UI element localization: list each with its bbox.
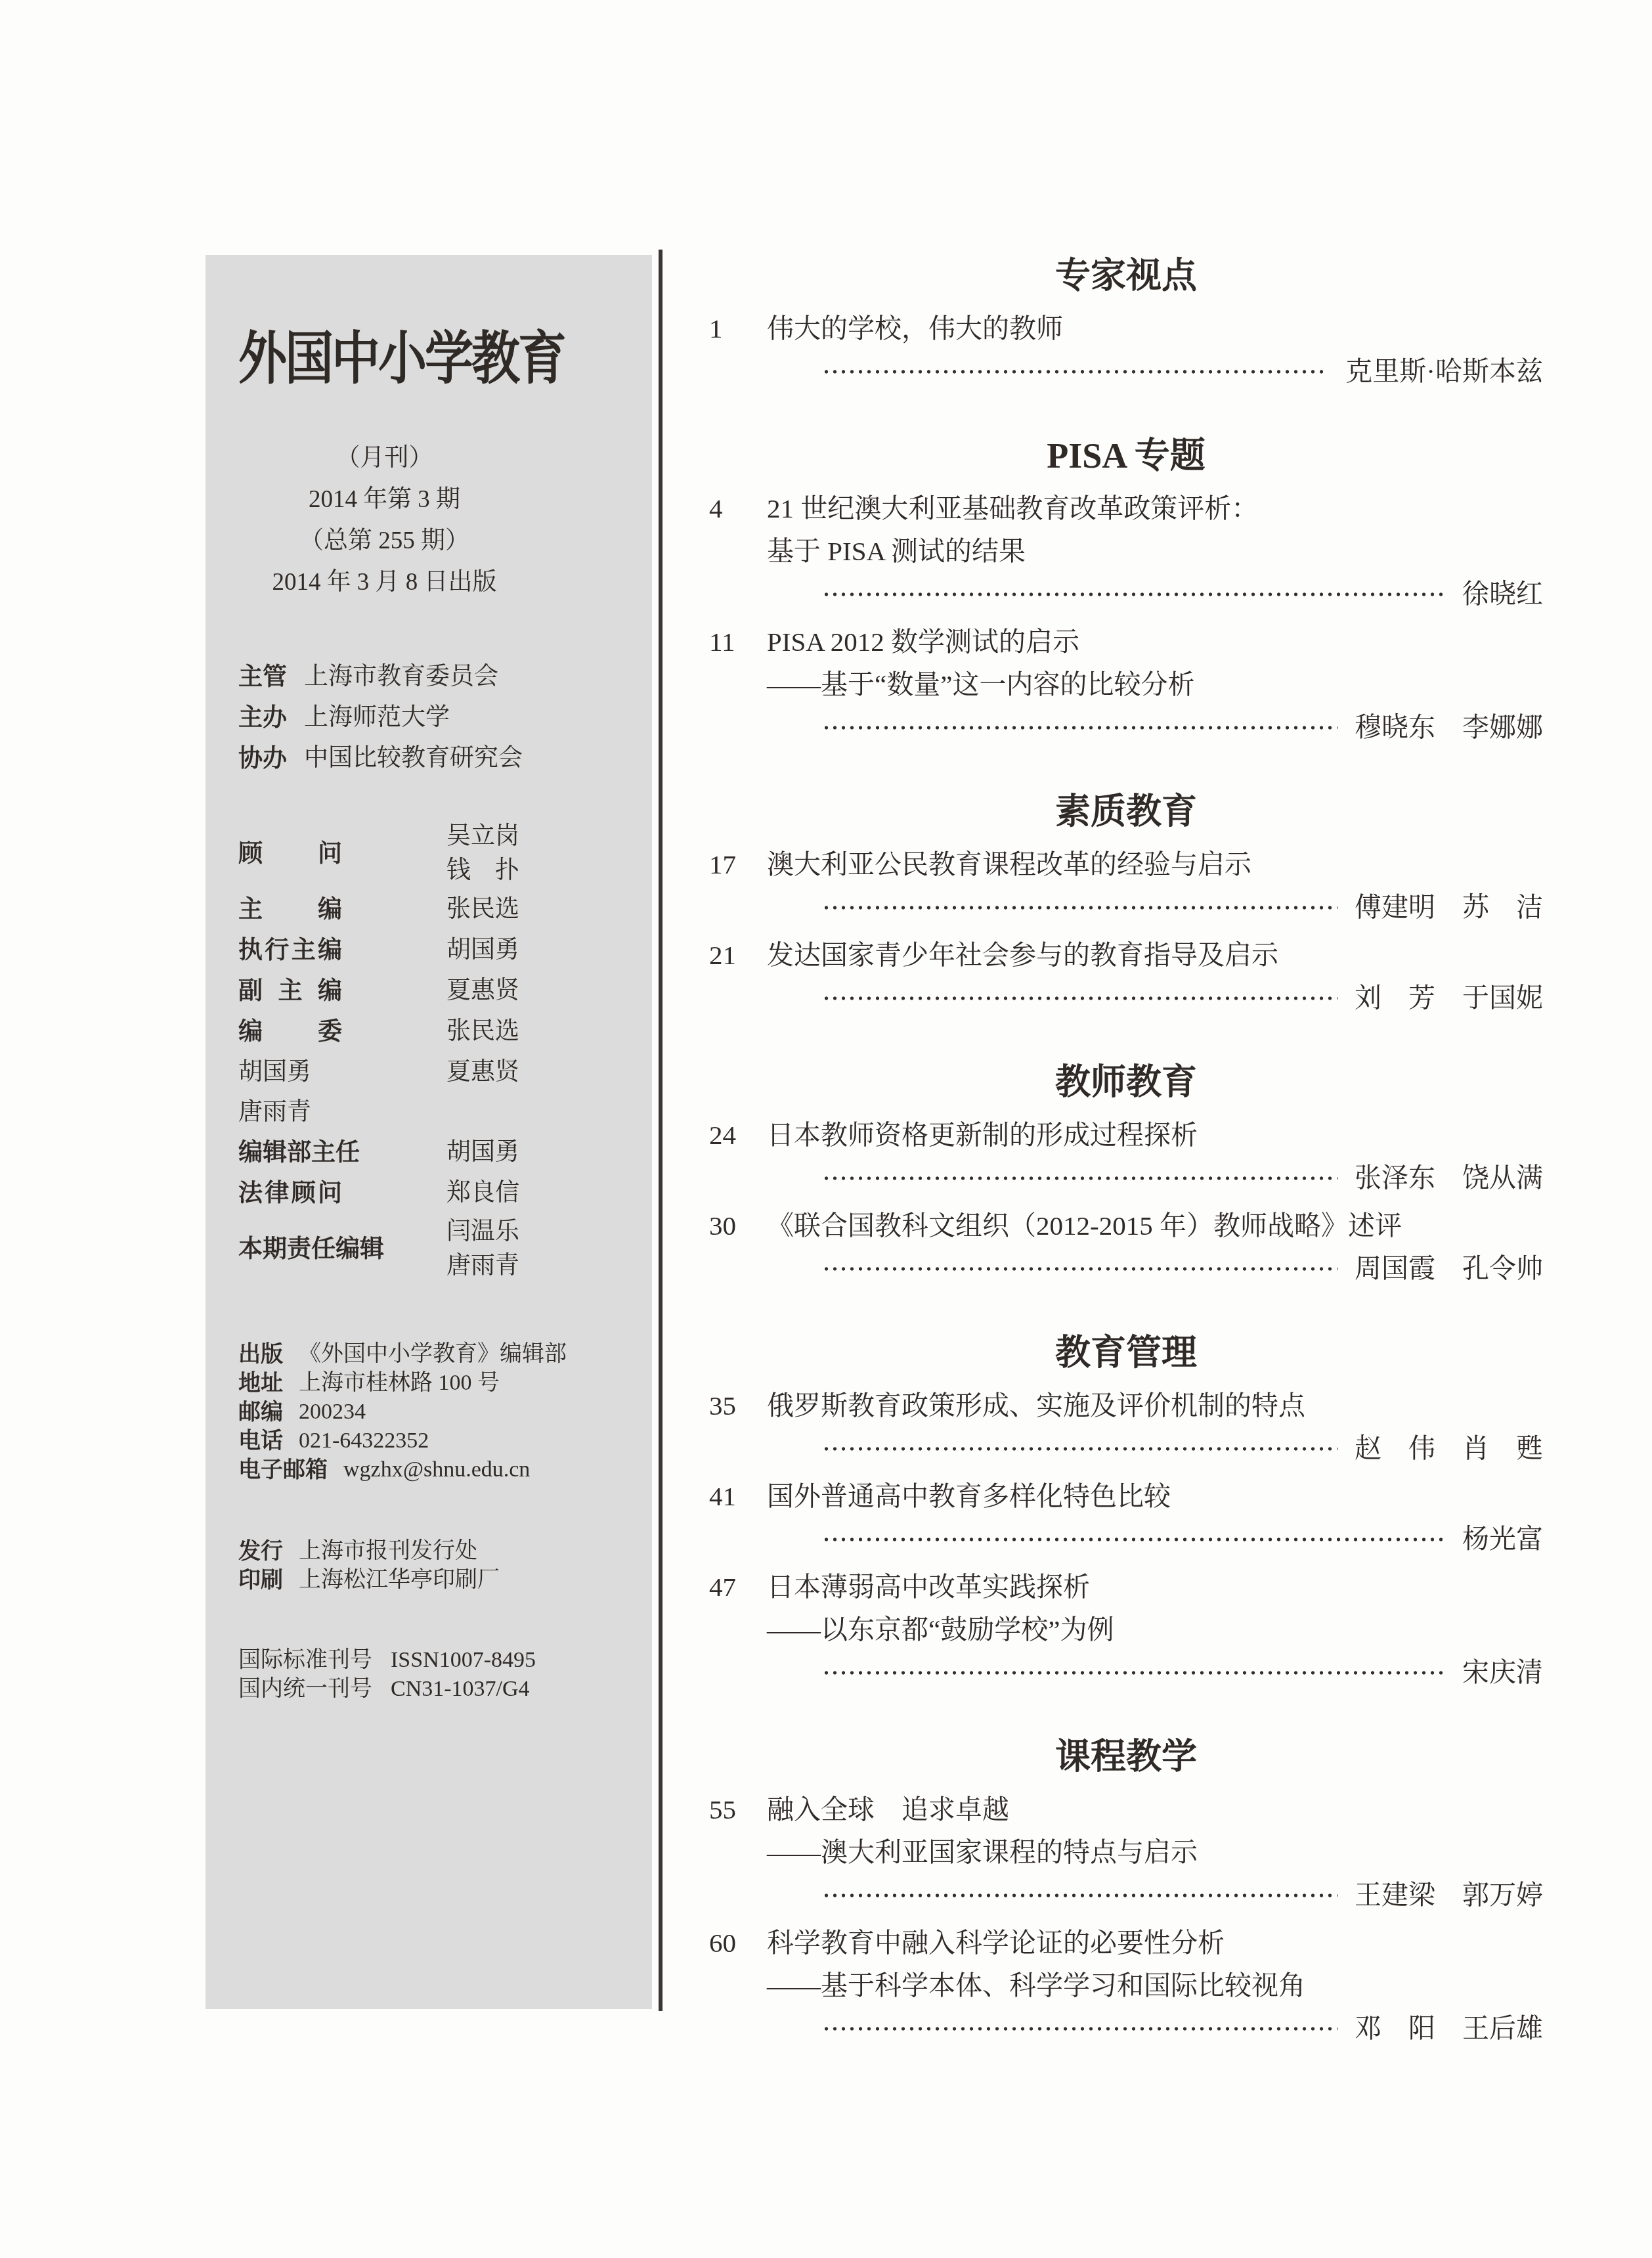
toc-entry-page-number: 1 [709, 307, 767, 350]
toc-entry-page-number: 30 [709, 1205, 767, 1247]
toc-leader-row: 张泽东 饶从满 [822, 1157, 1543, 1199]
roster-name: 吴立岗 [446, 820, 519, 854]
toc-entry-line: 11PISA 2012 数学测试的启示 [709, 621, 1543, 663]
roster-label: 顾问 [238, 835, 342, 872]
toc-leader-row: 赵 伟 肖 甦 [822, 1427, 1543, 1470]
toc-leader-row: 傅建明 苏 洁 [822, 886, 1543, 929]
toc-entry: 1伟大的学校，伟大的教师克里斯·哈斯本兹 [709, 307, 1543, 393]
roster-label: 主编 [238, 891, 342, 928]
toc-entry: 60科学教育中融入科学论证的必要性分析——基于科学本体、科学学习和国际比较视角邓… [709, 1922, 1543, 2050]
toc-section: PISA 专题421 世纪澳大利亚基础教育改革政策评析：基于 PISA 测试的结… [709, 436, 1543, 749]
toc-section: 教师教育24日本教师资格更新制的形成过程探析张泽东 饶从满30《联合国教科文组织… [709, 1063, 1543, 1290]
toc-leader-dots [822, 1536, 1445, 1543]
toc-entry-line: 35俄罗斯教育政策形成、实施及评价机制的特点 [709, 1384, 1543, 1427]
toc-entry-authors: 宋庆清 [1462, 1651, 1543, 1694]
magazine-toc-page: 外国中小学教育 （月刊）2014 年第 3 期（总第 255 期）2014 年 … [0, 0, 1652, 2258]
roster-label: 胡国勇 [238, 1053, 342, 1091]
toc-entry-line: 17澳大利亚公民教育课程改革的经验与启示 [709, 843, 1543, 886]
toc-entry-authors: 周国霞 孔令帅 [1355, 1247, 1543, 1290]
toc-entry-line: 55融入全球 追求卓越 [709, 1788, 1543, 1831]
toc-section: 课程教学55融入全球 追求卓越——澳大利亚国家课程的特点与启示王建梁 郭万婷60… [709, 1737, 1543, 2050]
toc-entry-line: 41国外普通高中教育多样化特色比较 [709, 1475, 1543, 1518]
roster-name: 郑良信 [446, 1176, 519, 1210]
issue-info-line: 2014 年第 3 期 [238, 479, 531, 520]
roster-label-cell: 副主编 [238, 972, 446, 1010]
roster-label-cell: 本期责任编辑 [238, 1230, 446, 1268]
roster-row: 主编张民选 [238, 891, 632, 929]
toc-entry-title: 澳大利亚公民教育课程改革的经验与启示 [767, 843, 1543, 886]
roster-label: 本期责任编辑 [238, 1230, 384, 1268]
toc-entry: 47日本薄弱高中改革实践探析——以东京都“鼓励学校”为例宋庆清 [709, 1566, 1543, 1694]
masthead-row-value: 中国比较教育研究会 [304, 738, 523, 779]
toc-entry-line: 60科学教育中融入科学论证的必要性分析 [709, 1922, 1543, 1964]
toc-leader-row: 徐晓红 [822, 573, 1543, 615]
roster-values: 夏惠贤 [446, 974, 519, 1008]
toc-entry-page-number [709, 1608, 767, 1651]
toc-entry-title: 21 世纪澳大利亚基础教育改革政策评析： [767, 487, 1543, 530]
toc-section-heading: 专家视点 [709, 256, 1543, 296]
toc-leader-row: 穆晓东 李娜娜 [822, 706, 1543, 749]
toc-entry: 24日本教师资格更新制的形成过程探析张泽东 饶从满 [709, 1114, 1543, 1199]
masthead-row-value: wgzhx@shnu.edu.cn [343, 1455, 530, 1484]
toc-entry-authors: 王建梁 郭万婷 [1355, 1874, 1543, 1916]
roster-label-cell: 胡国勇 [238, 1053, 446, 1091]
toc-leader-dots [822, 590, 1445, 598]
toc-entry: 421 世纪澳大利亚基础教育改革政策评析：基于 PISA 测试的结果徐晓红 [709, 487, 1543, 615]
masthead-row-value: 021-64322352 [299, 1427, 429, 1455]
toc-section: 素质教育17澳大利亚公民教育课程改革的经验与启示傅建明 苏 洁21发达国家青少年… [709, 792, 1543, 1019]
toc-entry-line: ——基于科学本体、科学学习和国际比较视角 [709, 1964, 1543, 2007]
issn-info: 国际标准刊号ISSN1007-8495国内统一刊号CN31-1037/G4 [238, 1646, 632, 1704]
roster-name: 张民选 [446, 1015, 519, 1049]
masthead-row: 发行上海市报刊发行处 [238, 1537, 632, 1566]
masthead-row: 邮编200234 [238, 1398, 632, 1427]
journal-title-calligraphy: 外国中小学教育 [238, 313, 531, 395]
toc-section-heading: 素质教育 [709, 792, 1543, 831]
masthead-row-label: 邮编 [238, 1398, 283, 1427]
toc-entry-subtitle: ——基于“数量”这一内容的比较分析 [767, 663, 1543, 706]
masthead-row-label: 电子邮箱 [238, 1455, 328, 1484]
toc-entry-line: ——澳大利亚国家课程的特点与启示 [709, 1831, 1543, 1874]
masthead-row: 国际标准刊号ISSN1007-8495 [238, 1646, 632, 1675]
toc-entry-authors: 杨光富 [1462, 1518, 1543, 1561]
toc-entry-subtitle: 基于 PISA 测试的结果 [767, 530, 1543, 573]
toc-entry-authors: 傅建明 苏 洁 [1355, 886, 1543, 929]
masthead-row: 主办上海师范大学 [238, 697, 632, 738]
toc-entry-title: PISA 2012 数学测试的启示 [767, 621, 1543, 663]
toc-section-heading: 教师教育 [709, 1063, 1543, 1102]
toc-entry-authors: 徐晓红 [1462, 573, 1543, 615]
toc-section: 专家视点1伟大的学校，伟大的教师克里斯·哈斯本兹 [709, 256, 1543, 393]
toc-entry-line: ——以东京都“鼓励学校”为例 [709, 1608, 1543, 1651]
masthead-row-value: CN31-1037/G4 [391, 1675, 530, 1704]
roster-row: 法律顾问郑良信 [238, 1174, 632, 1212]
roster-label-cell: 顾问 [238, 835, 446, 873]
toc-entry-line: 21发达国家青少年社会参与的教育指导及启示 [709, 934, 1543, 977]
toc-entry-authors: 邓 阳 王后雄 [1355, 2007, 1543, 2050]
issue-info-line: （总第 255 期） [238, 520, 531, 562]
toc-entry: 11PISA 2012 数学测试的启示——基于“数量”这一内容的比较分析穆晓东 … [709, 621, 1543, 749]
roster-name: 夏惠贤 [446, 1055, 519, 1090]
toc-entry-line: 30《联合国教科文组织（2012-2015 年）教师战略》述评 [709, 1205, 1543, 1247]
roster-name: 胡国勇 [446, 933, 519, 967]
toc-entry-authors: 赵 伟 肖 甦 [1355, 1427, 1543, 1470]
distribution-info: 发行上海市报刊发行处印刷上海松江华亭印刷厂 [238, 1537, 632, 1595]
toc-entry-line: 24日本教师资格更新制的形成过程探析 [709, 1114, 1543, 1157]
toc-entry-title: 《联合国教科文组织（2012-2015 年）教师战略》述评 [767, 1205, 1543, 1247]
toc-leader-dots [822, 904, 1337, 912]
toc-entry-title: 日本教师资格更新制的形成过程探析 [767, 1114, 1543, 1157]
roster-values: 郑良信 [446, 1176, 519, 1210]
masthead-row-label: 电话 [238, 1427, 283, 1455]
toc-entry-page-number: 41 [709, 1475, 767, 1518]
masthead-row: 地址上海市桂林路 100 号 [238, 1369, 632, 1398]
roster-row: 胡国勇夏惠贤 [238, 1053, 632, 1091]
roster-values: 吴立岗钱 扑 [446, 820, 519, 888]
masthead-row-label: 出版 [238, 1340, 283, 1369]
masthead-row-value: 上海市桂林路 100 号 [299, 1369, 500, 1398]
roster-name: 闫温乐 [446, 1215, 519, 1249]
roster-name: 唐雨青 [446, 1249, 519, 1283]
roster-label-cell: 主编 [238, 891, 446, 929]
roster-values: 闫温乐唐雨青 [446, 1215, 519, 1283]
roster-label-cell: 唐雨青 [238, 1094, 446, 1131]
toc-entry-page-number: 60 [709, 1922, 767, 1964]
toc-entry: 55融入全球 追求卓越——澳大利亚国家课程的特点与启示王建梁 郭万婷 [709, 1788, 1543, 1916]
roster-label-cell: 法律顾问 [238, 1174, 446, 1212]
table-of-contents: 专家视点1伟大的学校，伟大的教师克里斯·哈斯本兹PISA 专题421 世纪澳大利… [709, 250, 1543, 2055]
toc-leader-row: 周国霞 孔令帅 [822, 1247, 1543, 1290]
toc-entry-subtitle: ——以东京都“鼓励学校”为例 [767, 1608, 1543, 1651]
roster-label-cell: 编辑部主任 [238, 1134, 446, 1172]
masthead-row: 电子邮箱wgzhx@shnu.edu.cn [238, 1455, 632, 1484]
toc-leader-dots [822, 1669, 1445, 1677]
issue-info-line: （月刊） [238, 437, 531, 479]
masthead-row: 主管上海市教育委员会 [238, 657, 632, 697]
toc-entry-page-number [709, 663, 767, 706]
roster-row: 副主编夏惠贤 [238, 972, 632, 1010]
toc-leader-row: 宋庆清 [822, 1651, 1543, 1694]
toc-entry-authors: 张泽东 饶从满 [1355, 1157, 1543, 1199]
toc-entry-page-number: 4 [709, 487, 767, 530]
masthead-row-value: 上海松江华亭印刷厂 [299, 1566, 500, 1595]
roster-row: 编委张民选 [238, 1013, 632, 1051]
toc-entry-authors: 穆晓东 李娜娜 [1355, 706, 1543, 749]
toc-entry: 30《联合国教科文组织（2012-2015 年）教师战略》述评周国霞 孔令帅 [709, 1205, 1543, 1290]
masthead-row-value: 上海师范大学 [304, 697, 450, 738]
roster-values: 张民选 [446, 1015, 519, 1049]
toc-leader-dots [822, 368, 1328, 376]
masthead-row: 电话021-64322352 [238, 1427, 632, 1455]
roster-row: 编辑部主任胡国勇 [238, 1134, 632, 1172]
toc-leader-row: 杨光富 [822, 1518, 1543, 1561]
toc-entry-title: 伟大的学校，伟大的教师 [767, 307, 1543, 350]
masthead-row-label: 印刷 [238, 1566, 283, 1595]
toc-entry: 35俄罗斯教育政策形成、实施及评价机制的特点赵 伟 肖 甦 [709, 1384, 1543, 1470]
issue-info-line: 2014 年 3 月 8 日出版 [238, 562, 531, 603]
masthead-row-label: 主办 [238, 697, 287, 738]
toc-entry-authors: 克里斯·哈斯本兹 [1345, 350, 1543, 393]
roster-values: 胡国勇 [446, 933, 519, 967]
toc-section-heading: 教育管理 [709, 1333, 1543, 1373]
toc-entry-title: 俄罗斯教育政策形成、实施及评价机制的特点 [767, 1384, 1543, 1427]
toc-entry-title: 日本薄弱高中改革实践探析 [767, 1566, 1543, 1608]
toc-entry-subtitle: ——澳大利亚国家课程的特点与启示 [767, 1831, 1543, 1874]
roster-label: 执行主编 [238, 931, 342, 969]
masthead-row-value: ISSN1007-8495 [391, 1646, 536, 1675]
roster-values: 夏惠贤 [446, 1055, 519, 1090]
toc-entry-page-number: 35 [709, 1384, 767, 1427]
toc-leader-dots [822, 1174, 1337, 1182]
toc-entry-line: 1伟大的学校，伟大的教师 [709, 307, 1543, 350]
toc-entry-line: 47日本薄弱高中改革实践探析 [709, 1566, 1543, 1608]
toc-entry-title: 发达国家青少年社会参与的教育指导及启示 [767, 934, 1543, 977]
toc-entry-title: 融入全球 追求卓越 [767, 1788, 1543, 1831]
masthead-row-label: 地址 [238, 1369, 283, 1398]
roster-row: 本期责任编辑闫温乐唐雨青 [238, 1215, 632, 1283]
masthead-row-label: 主管 [238, 657, 287, 697]
roster-row: 唐雨青 [238, 1094, 632, 1131]
masthead-row-value: 上海市教育委员会 [304, 657, 498, 697]
toc-entry-page-number: 47 [709, 1566, 767, 1608]
roster-name: 张民选 [446, 893, 519, 927]
masthead-row-label: 发行 [238, 1537, 283, 1566]
masthead-row-label: 国内统一刊号 [238, 1675, 372, 1704]
toc-leader-dots [822, 1265, 1337, 1273]
issue-info: （月刊）2014 年第 3 期（总第 255 期）2014 年 3 月 8 日出… [238, 437, 531, 603]
toc-leader-row: 刘 芳 于国妮 [822, 977, 1543, 1019]
toc-section-heading: 课程教学 [709, 1737, 1543, 1777]
toc-entry: 21发达国家青少年社会参与的教育指导及启示刘 芳 于国妮 [709, 934, 1543, 1019]
masthead-row-value: 《外国中小学教育》编辑部 [299, 1340, 567, 1369]
roster-name: 夏惠贤 [446, 974, 519, 1008]
toc-leader-dots [822, 724, 1337, 732]
roster-label: 副主编 [238, 972, 342, 1009]
organizer-rows: 主管上海市教育委员会主办上海师范大学协办中国比较教育研究会 [238, 657, 632, 779]
roster-row: 顾问吴立岗钱 扑 [238, 820, 632, 888]
masthead-sidebar: 外国中小学教育 （月刊）2014 年第 3 期（总第 255 期）2014 年 … [206, 255, 652, 2009]
toc-entry: 41国外普通高中教育多样化特色比较杨光富 [709, 1475, 1543, 1561]
toc-entry-line: 基于 PISA 测试的结果 [709, 530, 1543, 573]
roster-label: 唐雨青 [238, 1094, 342, 1131]
toc-entry-line: 421 世纪澳大利亚基础教育改革政策评析： [709, 487, 1543, 530]
toc-entry-page-number [709, 530, 767, 573]
roster-label: 法律顾问 [238, 1174, 342, 1212]
masthead-header: 外国中小学教育 （月刊）2014 年第 3 期（总第 255 期）2014 年 … [238, 321, 531, 603]
toc-entry-title: 国外普通高中教育多样化特色比较 [767, 1475, 1543, 1518]
toc-leader-dots [822, 994, 1337, 1002]
editorial-roster: 顾问吴立岗钱 扑主编张民选执行主编胡国勇副主编夏惠贤编委张民选胡国勇夏惠贤唐雨青… [238, 820, 632, 1283]
masthead-row-value: 200234 [299, 1398, 366, 1427]
toc-entry-page-number: 21 [709, 934, 767, 977]
toc-entry-page-number [709, 1964, 767, 2007]
toc-entry: 17澳大利亚公民教育课程改革的经验与启示傅建明 苏 洁 [709, 843, 1543, 929]
toc-leader-row: 王建梁 郭万婷 [822, 1874, 1543, 1916]
roster-row: 执行主编胡国勇 [238, 931, 632, 969]
toc-entry-page-number: 11 [709, 621, 767, 663]
toc-leader-row: 克里斯·哈斯本兹 [822, 350, 1543, 393]
masthead-row: 印刷上海松江华亭印刷厂 [238, 1566, 632, 1595]
roster-name: 钱 扑 [446, 854, 519, 888]
toc-leader-row: 邓 阳 王后雄 [822, 2007, 1543, 2050]
toc-entry-subtitle: ——基于科学本体、科学学习和国际比较视角 [767, 1964, 1543, 2007]
toc-entry-line: ——基于“数量”这一内容的比较分析 [709, 663, 1543, 706]
roster-values: 张民选 [446, 893, 519, 927]
roster-label-cell: 执行主编 [238, 931, 446, 969]
toc-leader-dots [822, 1445, 1337, 1453]
toc-entry-page-number: 24 [709, 1114, 767, 1157]
roster-label-cell: 编委 [238, 1013, 446, 1051]
masthead-row: 出版《外国中小学教育》编辑部 [238, 1340, 632, 1369]
publishing-info: 出版《外国中小学教育》编辑部地址上海市桂林路 100 号邮编200234电话02… [238, 1340, 632, 1484]
roster-label: 编辑部主任 [238, 1134, 360, 1171]
toc-leader-dots [822, 2025, 1337, 2033]
toc-entry-page-number: 55 [709, 1788, 767, 1831]
masthead-row-value: 上海市报刊发行处 [299, 1537, 477, 1566]
toc-entry-authors: 刘 芳 于国妮 [1355, 977, 1543, 1019]
toc-entry-title: 科学教育中融入科学论证的必要性分析 [767, 1922, 1543, 1964]
masthead-row: 国内统一刊号CN31-1037/G4 [238, 1675, 632, 1704]
toc-section: 教育管理35俄罗斯教育政策形成、实施及评价机制的特点赵 伟 肖 甦41国外普通高… [709, 1333, 1543, 1694]
toc-section-heading: PISA 专题 [709, 436, 1543, 476]
roster-values: 胡国勇 [446, 1136, 519, 1170]
masthead-row-label: 国际标准刊号 [238, 1646, 372, 1675]
roster-label: 编委 [238, 1013, 342, 1050]
toc-entry-page-number: 17 [709, 843, 767, 886]
toc-leader-dots [822, 1892, 1337, 1899]
roster-name: 胡国勇 [446, 1136, 519, 1170]
toc-entry-page-number [709, 1831, 767, 1874]
masthead-row-label: 协办 [238, 738, 287, 779]
vertical-divider-rule [659, 250, 663, 2011]
masthead-row: 协办中国比较教育研究会 [238, 738, 632, 779]
